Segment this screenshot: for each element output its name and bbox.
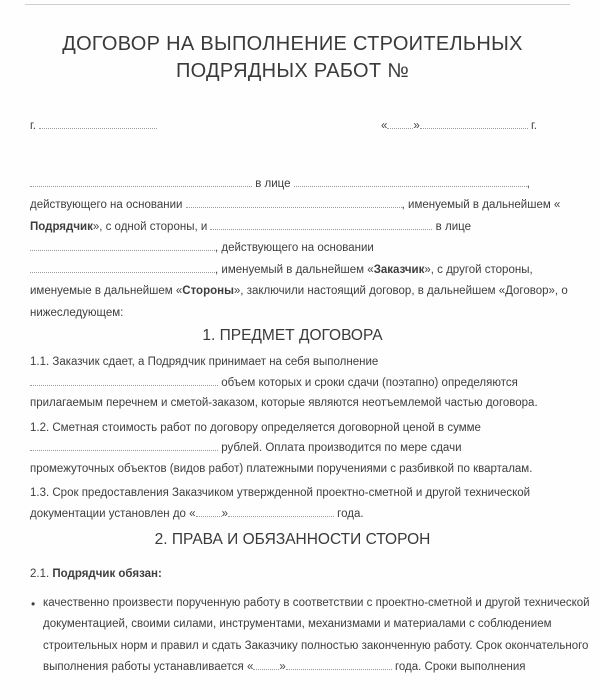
text-run: Стороны xyxy=(182,285,234,297)
text-line: Подрядчик», с одной стороны, и в лице xyxy=(30,217,555,239)
fill-in-blank xyxy=(420,120,528,129)
fill-in-blank xyxy=(253,661,279,670)
text-line: документацией, своими силами, инструмент… xyxy=(43,614,555,636)
text-run: 2.1. xyxy=(30,568,52,580)
text-line: , действующего на основании xyxy=(30,238,555,260)
text-run: г. xyxy=(528,120,537,132)
text-run: , именуемый в дальнейшем « xyxy=(215,264,374,276)
text-run: 1.2. Сметная стоимость работ по договору… xyxy=(30,422,481,434)
text-run: , действующего на основании xyxy=(215,242,374,254)
text-line: нижеследующем: xyxy=(30,303,555,325)
clause-1-3: 1.3. Срок предоставления Заказчиком утве… xyxy=(30,483,555,524)
text-run: именуемые в дальнейшем « xyxy=(30,285,182,297)
fill-in-blank xyxy=(30,442,218,451)
text-run: », заключили настоящий договор, в дальне… xyxy=(234,285,568,297)
text-line: г. xyxy=(30,116,157,137)
text-run: 1.1. Заказчик сдает, а Подрядчик принима… xyxy=(30,356,378,368)
clause-1-1: 1.1. Заказчик сдает, а Подрядчик принима… xyxy=(30,352,555,414)
text-run: », с другой стороны, xyxy=(424,264,532,276)
text-run: 1.3. Срок предоставления Заказчиком утве… xyxy=(30,487,530,499)
text-run: Подрядчик xyxy=(30,221,93,233)
bullet-item: • качественно произвести порученную рабо… xyxy=(30,593,555,679)
fill-in-blank xyxy=(30,263,215,272)
text-run: , именуемый в дальнейшем « xyxy=(402,199,561,211)
text-line: документации установлен до «» года. xyxy=(30,504,555,525)
text-run: документации установлен до « xyxy=(30,508,196,520)
date-row: г. «» г. xyxy=(30,116,555,137)
text-line: , именуемый в дальнейшем «Заказчик», с д… xyxy=(30,260,555,282)
document-title: ДОГОВОР НА ВЫПОЛНЕНИЕ СТРОИТЕЛЬНЫХ ПОДРЯ… xyxy=(30,31,555,85)
text-run: выполнения работы устанавливается « xyxy=(43,661,253,673)
text-line: строительных норм и правил и сдать Заказ… xyxy=(43,636,555,658)
text-line: объем которых и сроки сдачи (поэтапно) о… xyxy=(30,373,555,394)
text-run: », с одной стороны, и xyxy=(93,221,211,233)
text-line: действующего на основании , именуемый в … xyxy=(30,195,555,217)
section-rights-duties: 2. ПРАВА И ОБЯЗАННОСТИ СТОРОН 2.1. Подря… xyxy=(30,530,555,679)
text-run: прилагаемым перечнем и сметой-заказом, к… xyxy=(30,397,538,409)
text-run: года. xyxy=(334,508,364,520)
parties-intro-paragraph: в лице ,действующего на основании , имен… xyxy=(30,174,555,325)
section-2-heading: 2. ПРАВА И ОБЯЗАННОСТИ СТОРОН xyxy=(30,530,555,550)
text-line: 1.1. Заказчик сдает, а Подрядчик принима… xyxy=(30,352,555,373)
document-page: ДОГОВОР НА ВЫПОЛНЕНИЕ СТРОИТЕЛЬНЫХ ПОДРЯ… xyxy=(0,0,600,700)
document-content: ДОГОВОР НА ВЫПОЛНЕНИЕ СТРОИТЕЛЬНЫХ ПОДРЯ… xyxy=(0,31,600,679)
text-line: именуемые в дальнейшем «Стороны», заключ… xyxy=(30,281,555,303)
text-run: в лице xyxy=(432,221,471,233)
text-run: действующего на основании xyxy=(30,199,186,211)
fill-in-blank xyxy=(387,120,413,129)
text-run: Заказчик xyxy=(374,264,425,276)
text-line: «» г. xyxy=(381,116,537,137)
fill-in-blank xyxy=(294,177,527,186)
fill-in-blank xyxy=(210,220,432,229)
fill-in-blank xyxy=(39,120,157,129)
text-run: рублей. Оплата производится по мере сдач… xyxy=(218,442,462,454)
page-top-rule xyxy=(25,4,570,5)
fill-in-blank xyxy=(228,507,334,516)
text-run: , xyxy=(527,178,530,190)
text-run: года. Сроки выполнения xyxy=(392,661,526,673)
text-line: промежуточных объектов (видов работ) пла… xyxy=(30,459,555,480)
fill-in-blank xyxy=(286,661,392,670)
clause-1-2: 1.2. Сметная стоимость работ по договору… xyxy=(30,418,555,480)
text-line: выполнения работы устанавливается «» год… xyxy=(43,657,555,679)
fill-in-blank xyxy=(30,376,218,385)
text-run: промежуточных объектов (видов работ) пла… xyxy=(30,463,532,475)
text-line: прилагаемым перечнем и сметой-заказом, к… xyxy=(30,393,555,414)
fill-in-blank xyxy=(196,507,222,516)
text-line: 2.1. Подрядчик обязан: xyxy=(30,564,555,585)
text-line: рублей. Оплата производится по мере сдач… xyxy=(30,438,555,459)
city-field: г. xyxy=(30,116,157,137)
section-1-heading: 1. ПРЕДМЕТ ДОГОВОРА xyxy=(30,326,555,346)
text-run: в лице xyxy=(252,178,294,190)
text-run: качественно произвести порученную работу… xyxy=(43,597,590,609)
text-run: строительных норм и правил и сдать Заказ… xyxy=(43,640,588,652)
fill-in-blank xyxy=(186,199,402,208)
text-line: 1.3. Срок предоставления Заказчиком утве… xyxy=(30,483,555,504)
title-line-2: ПОДРЯДНЫХ РАБОТ № xyxy=(30,58,555,85)
text-run: Подрядчик обязан: xyxy=(52,568,161,580)
text-run: г. xyxy=(30,120,39,132)
section-subject: 1. ПРЕДМЕТ ДОГОВОРА 1.1. Заказчик сдает,… xyxy=(30,326,555,524)
date-field: «» г. xyxy=(381,116,537,137)
clause-2-1: 2.1. Подрядчик обязан: xyxy=(30,564,555,585)
text-line: 1.2. Сметная стоимость работ по договору… xyxy=(30,418,555,439)
bullet-text: качественно произвести порученную работу… xyxy=(43,593,555,679)
text-line: качественно произвести порученную работу… xyxy=(43,593,555,615)
text-line: в лице , xyxy=(30,174,555,196)
fill-in-blank xyxy=(30,177,252,186)
text-run: нижеследующем: xyxy=(30,307,123,319)
text-run: объем которых и сроки сдачи (поэтапно) о… xyxy=(218,377,518,389)
text-run: документацией, своими силами, инструмент… xyxy=(43,618,552,630)
title-line-1: ДОГОВОР НА ВЫПОЛНЕНИЕ СТРОИТЕЛЬНЫХ xyxy=(30,31,555,58)
bullet-marker: • xyxy=(31,594,35,616)
fill-in-blank xyxy=(30,242,215,251)
